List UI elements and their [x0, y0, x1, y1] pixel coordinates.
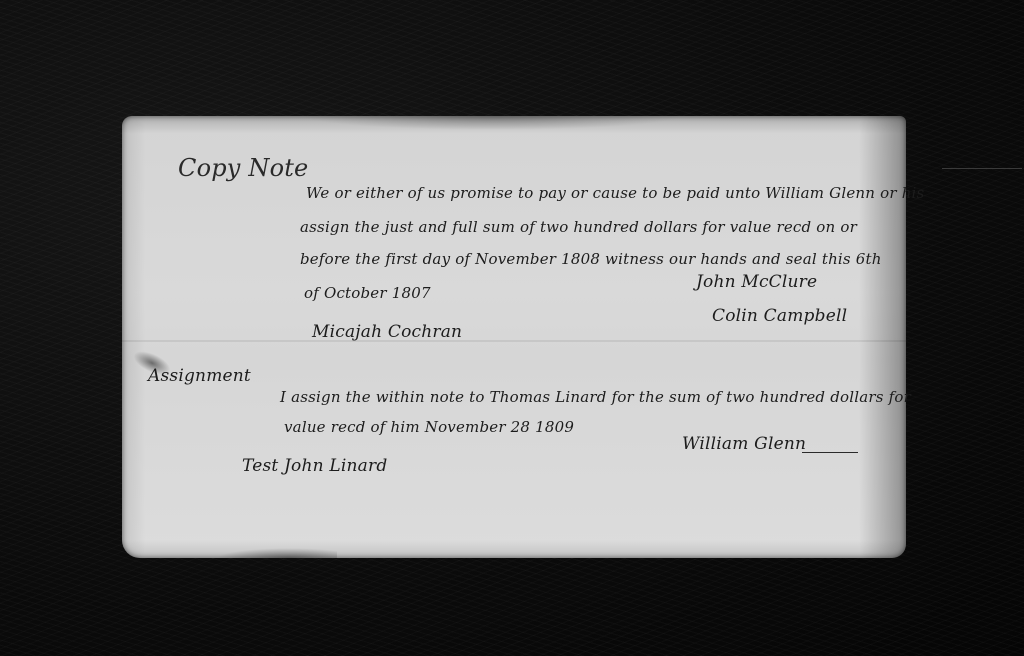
document-scan: Copy Note We or either of us promise to … [0, 0, 1024, 656]
note-line-2: assign the just and full sum of two hund… [300, 218, 857, 236]
note-line-3: before the first day of November 1808 wi… [300, 250, 882, 268]
scan-artifact-line [942, 168, 1022, 169]
note-line-1: We or either of us promise to pay or cau… [306, 184, 924, 202]
assignment-heading: Assignment [148, 366, 251, 386]
signature-micajah-cochran: Micajah Cochran [312, 322, 462, 342]
bottom-edge-stain [217, 548, 337, 558]
signature-william-glenn: William Glenn [682, 434, 806, 454]
signature-colin-campbell: Colin Campbell [712, 306, 847, 326]
top-edge-stain [302, 116, 682, 130]
paper-sheet: Copy Note We or either of us promise to … [122, 116, 906, 558]
assignment-line-2: value recd of him November 28 1809 [284, 418, 574, 436]
note-heading: Copy Note [178, 154, 308, 182]
fold-line [122, 340, 906, 342]
signature-flourish [802, 452, 858, 453]
assignment-line-1: I assign the within note to Thomas Linar… [280, 388, 911, 406]
signature-john-mcclure: John McClure [696, 272, 817, 292]
note-line-4: of October 1807 [304, 284, 431, 302]
test-john-linard: Test John Linard [242, 456, 387, 476]
